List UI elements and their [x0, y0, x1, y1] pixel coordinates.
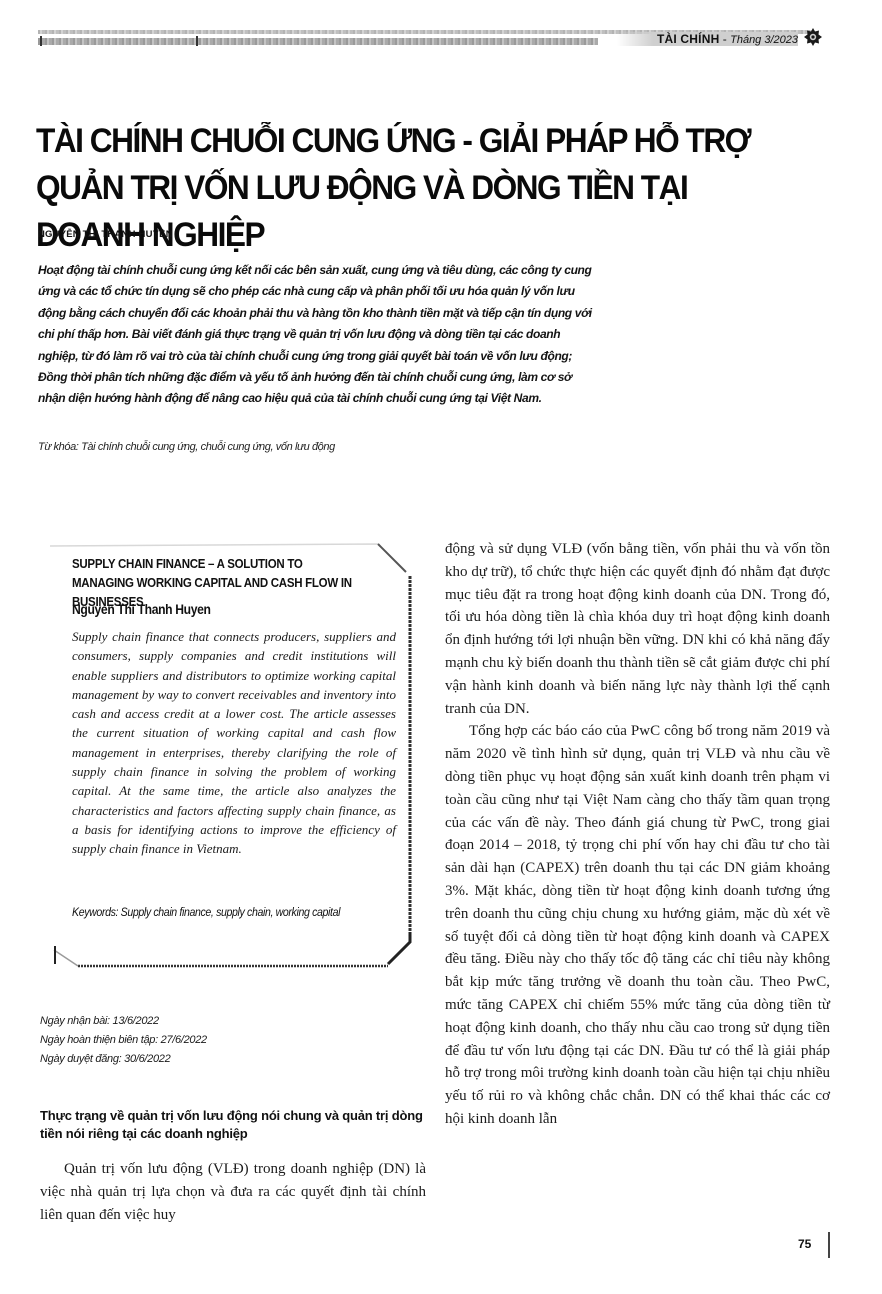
header-rule-bottom [38, 38, 598, 45]
page-number-rule [828, 1232, 830, 1258]
header-label: TÀI CHÍNH - Tháng 3/2023 [617, 32, 798, 46]
section-heading: Thực trạng về quản trị vốn lưu động nói … [40, 1107, 435, 1143]
article-title-line1: TÀI CHÍNH CHUỖI CUNG ỨNG - GIẢI PHÁP HỖ … [36, 122, 750, 160]
journal-section: TÀI CHÍNH [657, 32, 719, 46]
header-separator: - [719, 32, 730, 46]
date-edited: Ngày hoàn thiện biên tập: 27/6/2022 [40, 1031, 207, 1050]
article-title-line2: QUẢN TRỊ VỐN LƯU ĐỘNG VÀ DÒNG TIỀN TẠI D… [36, 169, 687, 254]
date-received: Ngày nhận bài: 13/6/2022 [40, 1012, 207, 1031]
body-paragraph: động và sử dụng VLĐ (vốn bằng tiền, vốn … [445, 538, 830, 720]
article-author: NGUYỄN THỊ THANH HUYỀN [38, 229, 173, 240]
body-paragraph: Quản trị vốn lưu động (VLĐ) trong doanh … [40, 1158, 426, 1226]
header-tick [40, 36, 42, 46]
english-author: Nguyen Thi Thanh Huyen [72, 602, 211, 617]
date-approved: Ngày duyệt đăng: 30/6/2022 [40, 1050, 207, 1069]
magazine-logo-icon [804, 28, 822, 46]
english-abstract: Supply chain finance that connects produ… [72, 627, 396, 859]
page-number: 75 [798, 1237, 811, 1251]
keywords-vietnamese: Từ khóa: Tài chính chuỗi cung ứng, chuỗi… [38, 441, 335, 453]
abstract-vietnamese: Hoạt động tài chính chuỗi cung ứng kết n… [38, 260, 598, 410]
header-tick [196, 36, 198, 46]
body-paragraph: Tổng hợp các báo cáo của PwC công bố tro… [445, 720, 830, 1130]
body-column-left: Quản trị vốn lưu động (VLĐ) trong doanh … [40, 1158, 426, 1226]
body-column-right: động và sử dụng VLĐ (vốn bằng tiền, vốn … [445, 538, 830, 1131]
running-header: TÀI CHÍNH - Tháng 3/2023 [38, 28, 828, 48]
journal-issue: Tháng 3/2023 [730, 34, 798, 46]
english-keywords: Keywords: Supply chain finance, supply c… [72, 907, 340, 919]
article-dates: Ngày nhận bài: 13/6/2022 Ngày hoàn thiện… [40, 1012, 207, 1069]
english-abstract-box: SUPPLY CHAIN FINANCE – A SOLUTION TO MAN… [48, 540, 418, 968]
